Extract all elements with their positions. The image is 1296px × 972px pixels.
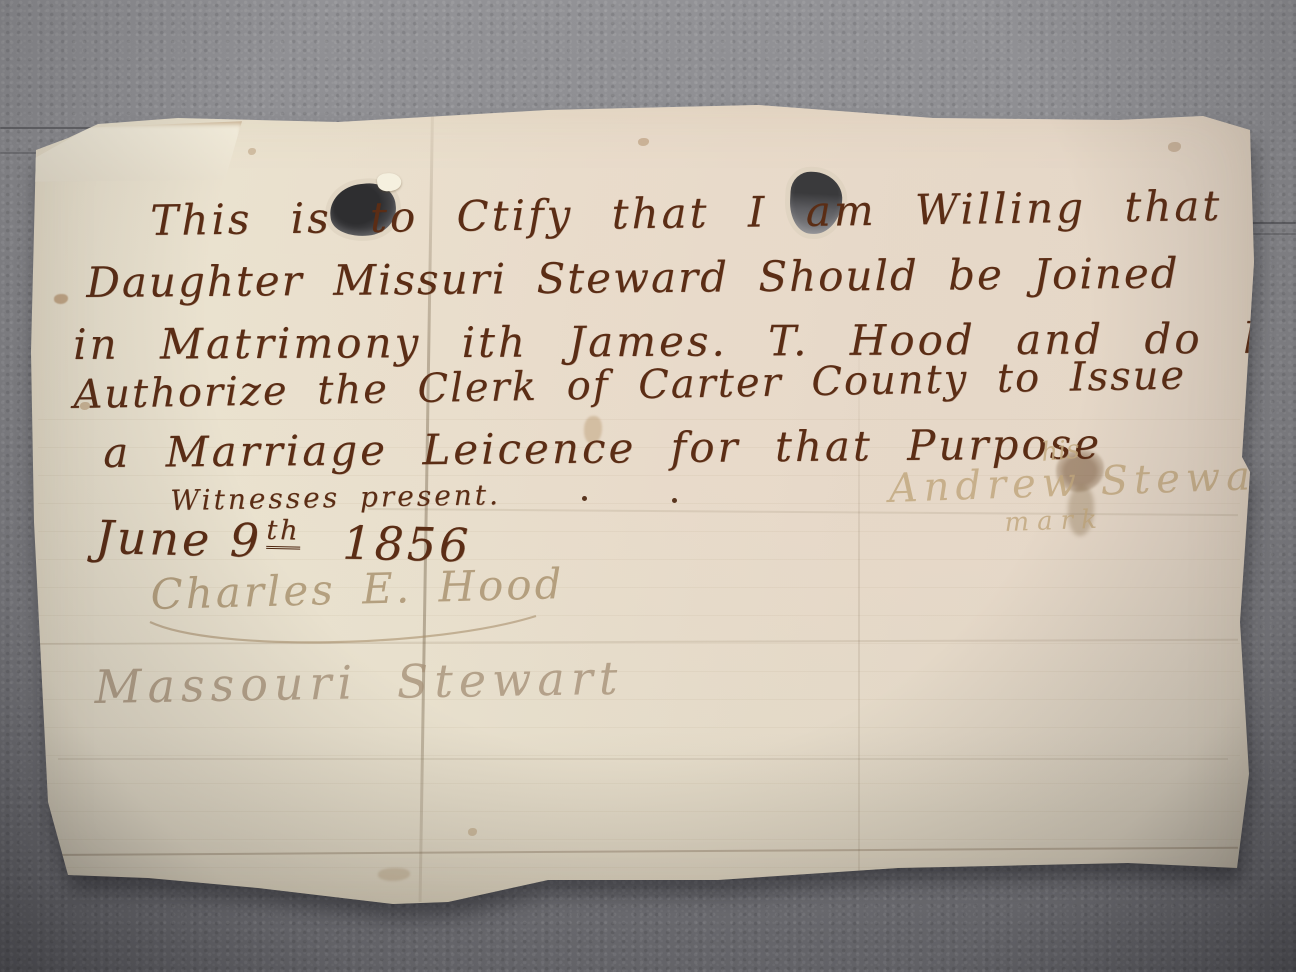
- foxing-spot: [1168, 142, 1181, 152]
- signature-underline-flourish: [144, 610, 544, 654]
- surface-seam: [0, 127, 96, 129]
- surface-seam: [1246, 222, 1296, 224]
- surface-seam: [1248, 233, 1296, 235]
- horizontal-fold-crease: [58, 758, 1228, 760]
- document-paper: This is to Ctify that I am Willing that …: [28, 102, 1254, 908]
- torn-paper-chip: [376, 172, 402, 192]
- date-month-day: June 9: [95, 510, 263, 568]
- ink-dot: [582, 496, 587, 501]
- photo-scene: This is to Ctify that I am Willing that …: [0, 0, 1296, 972]
- foxing-spot: [248, 148, 256, 155]
- ink-dot: [672, 498, 677, 503]
- foxing-spot: [638, 138, 649, 146]
- bride-signature: Massouri Stewart: [94, 651, 624, 714]
- body-line-1: This is to Ctify that I am Willing that …: [150, 179, 1296, 245]
- date-ordinal: th: [266, 515, 301, 550]
- his-mark-bottom: mark: [1004, 504, 1105, 537]
- body-line-2: Daughter Missuri Steward Should be Joine…: [86, 248, 1180, 307]
- foxing-spot: [54, 294, 68, 304]
- witness-heading: Witnesses present.: [170, 478, 501, 517]
